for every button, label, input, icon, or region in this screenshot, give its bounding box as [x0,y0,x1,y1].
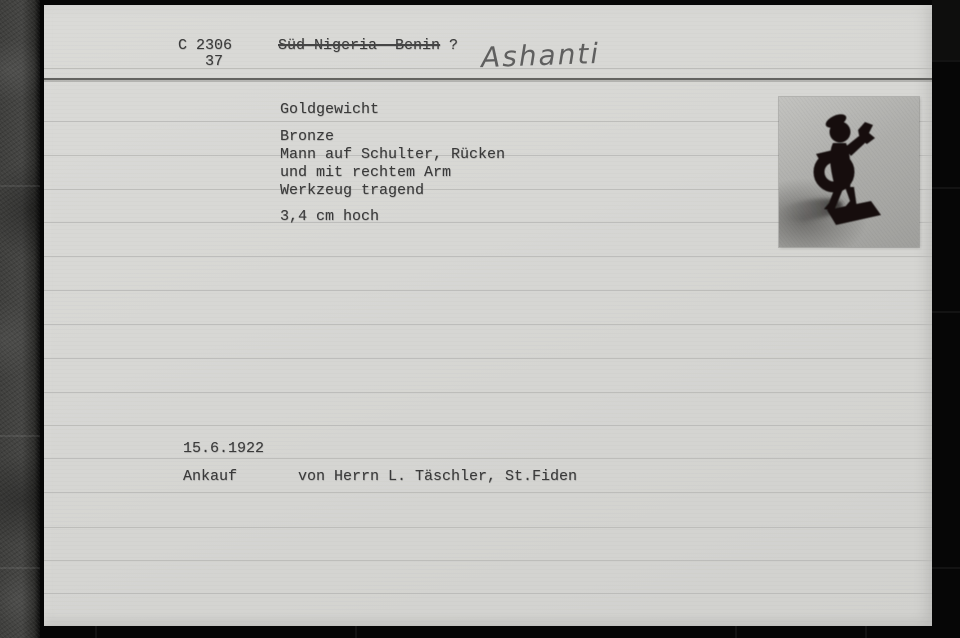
object-material: Bronze [280,129,334,144]
background-seam [865,626,867,638]
object-size: 3,4 cm hoch [280,209,379,224]
origin-handwritten-annotation: Ashanti [481,39,601,73]
origin-question-mark: ? [440,37,458,54]
background-seam [735,626,737,638]
background-seam [932,311,960,313]
inventory-number: C 2306 [178,38,232,53]
rule-line [44,358,932,359]
acquisition-source: von Herrn L. Täschler, St.Fiden [298,469,577,484]
background-seam [932,187,960,189]
rule-line [44,256,932,257]
background-seam [932,567,960,569]
background-seam [95,626,97,638]
figurine-photo [779,97,919,247]
rule-line [44,425,932,426]
rule-line [44,458,932,459]
object-description-line: Mann auf Schulter, Rücken [280,147,505,162]
object-description-line: Werkzeug tragend [280,183,424,198]
background-seam [932,60,960,62]
object-title: Goldgewicht [280,102,379,117]
rule-line [44,560,932,561]
rule-line [44,392,932,393]
background-patch [932,0,960,60]
object-description-line: und mit rechtem Arm [280,165,451,180]
rule-line [44,324,932,325]
figurine-silhouette [779,97,919,247]
binding-strip-seam [0,567,40,569]
binding-strip [0,0,40,638]
index-card: C 2306 37 Süd-Nigeria Benin ? Ashanti Go… [44,5,932,626]
acquisition-date: 15.6.1922 [183,441,264,456]
rule-line [44,527,932,528]
header-divider-line [44,78,932,80]
rule-line [44,290,932,291]
binding-strip-seam [0,185,40,187]
binding-strip-seam [0,435,40,437]
scan-background: C 2306 37 Süd-Nigeria Benin ? Ashanti Go… [0,0,960,638]
acquisition-method: Ankauf [183,469,237,484]
background-seam [355,626,357,638]
inventory-subnumber: 37 [205,54,223,69]
rule-line [44,492,932,493]
rule-line [44,593,932,594]
origin-struck-text: Süd-Nigeria Benin [278,37,440,54]
origin-line: Süd-Nigeria Benin ? [278,38,458,53]
